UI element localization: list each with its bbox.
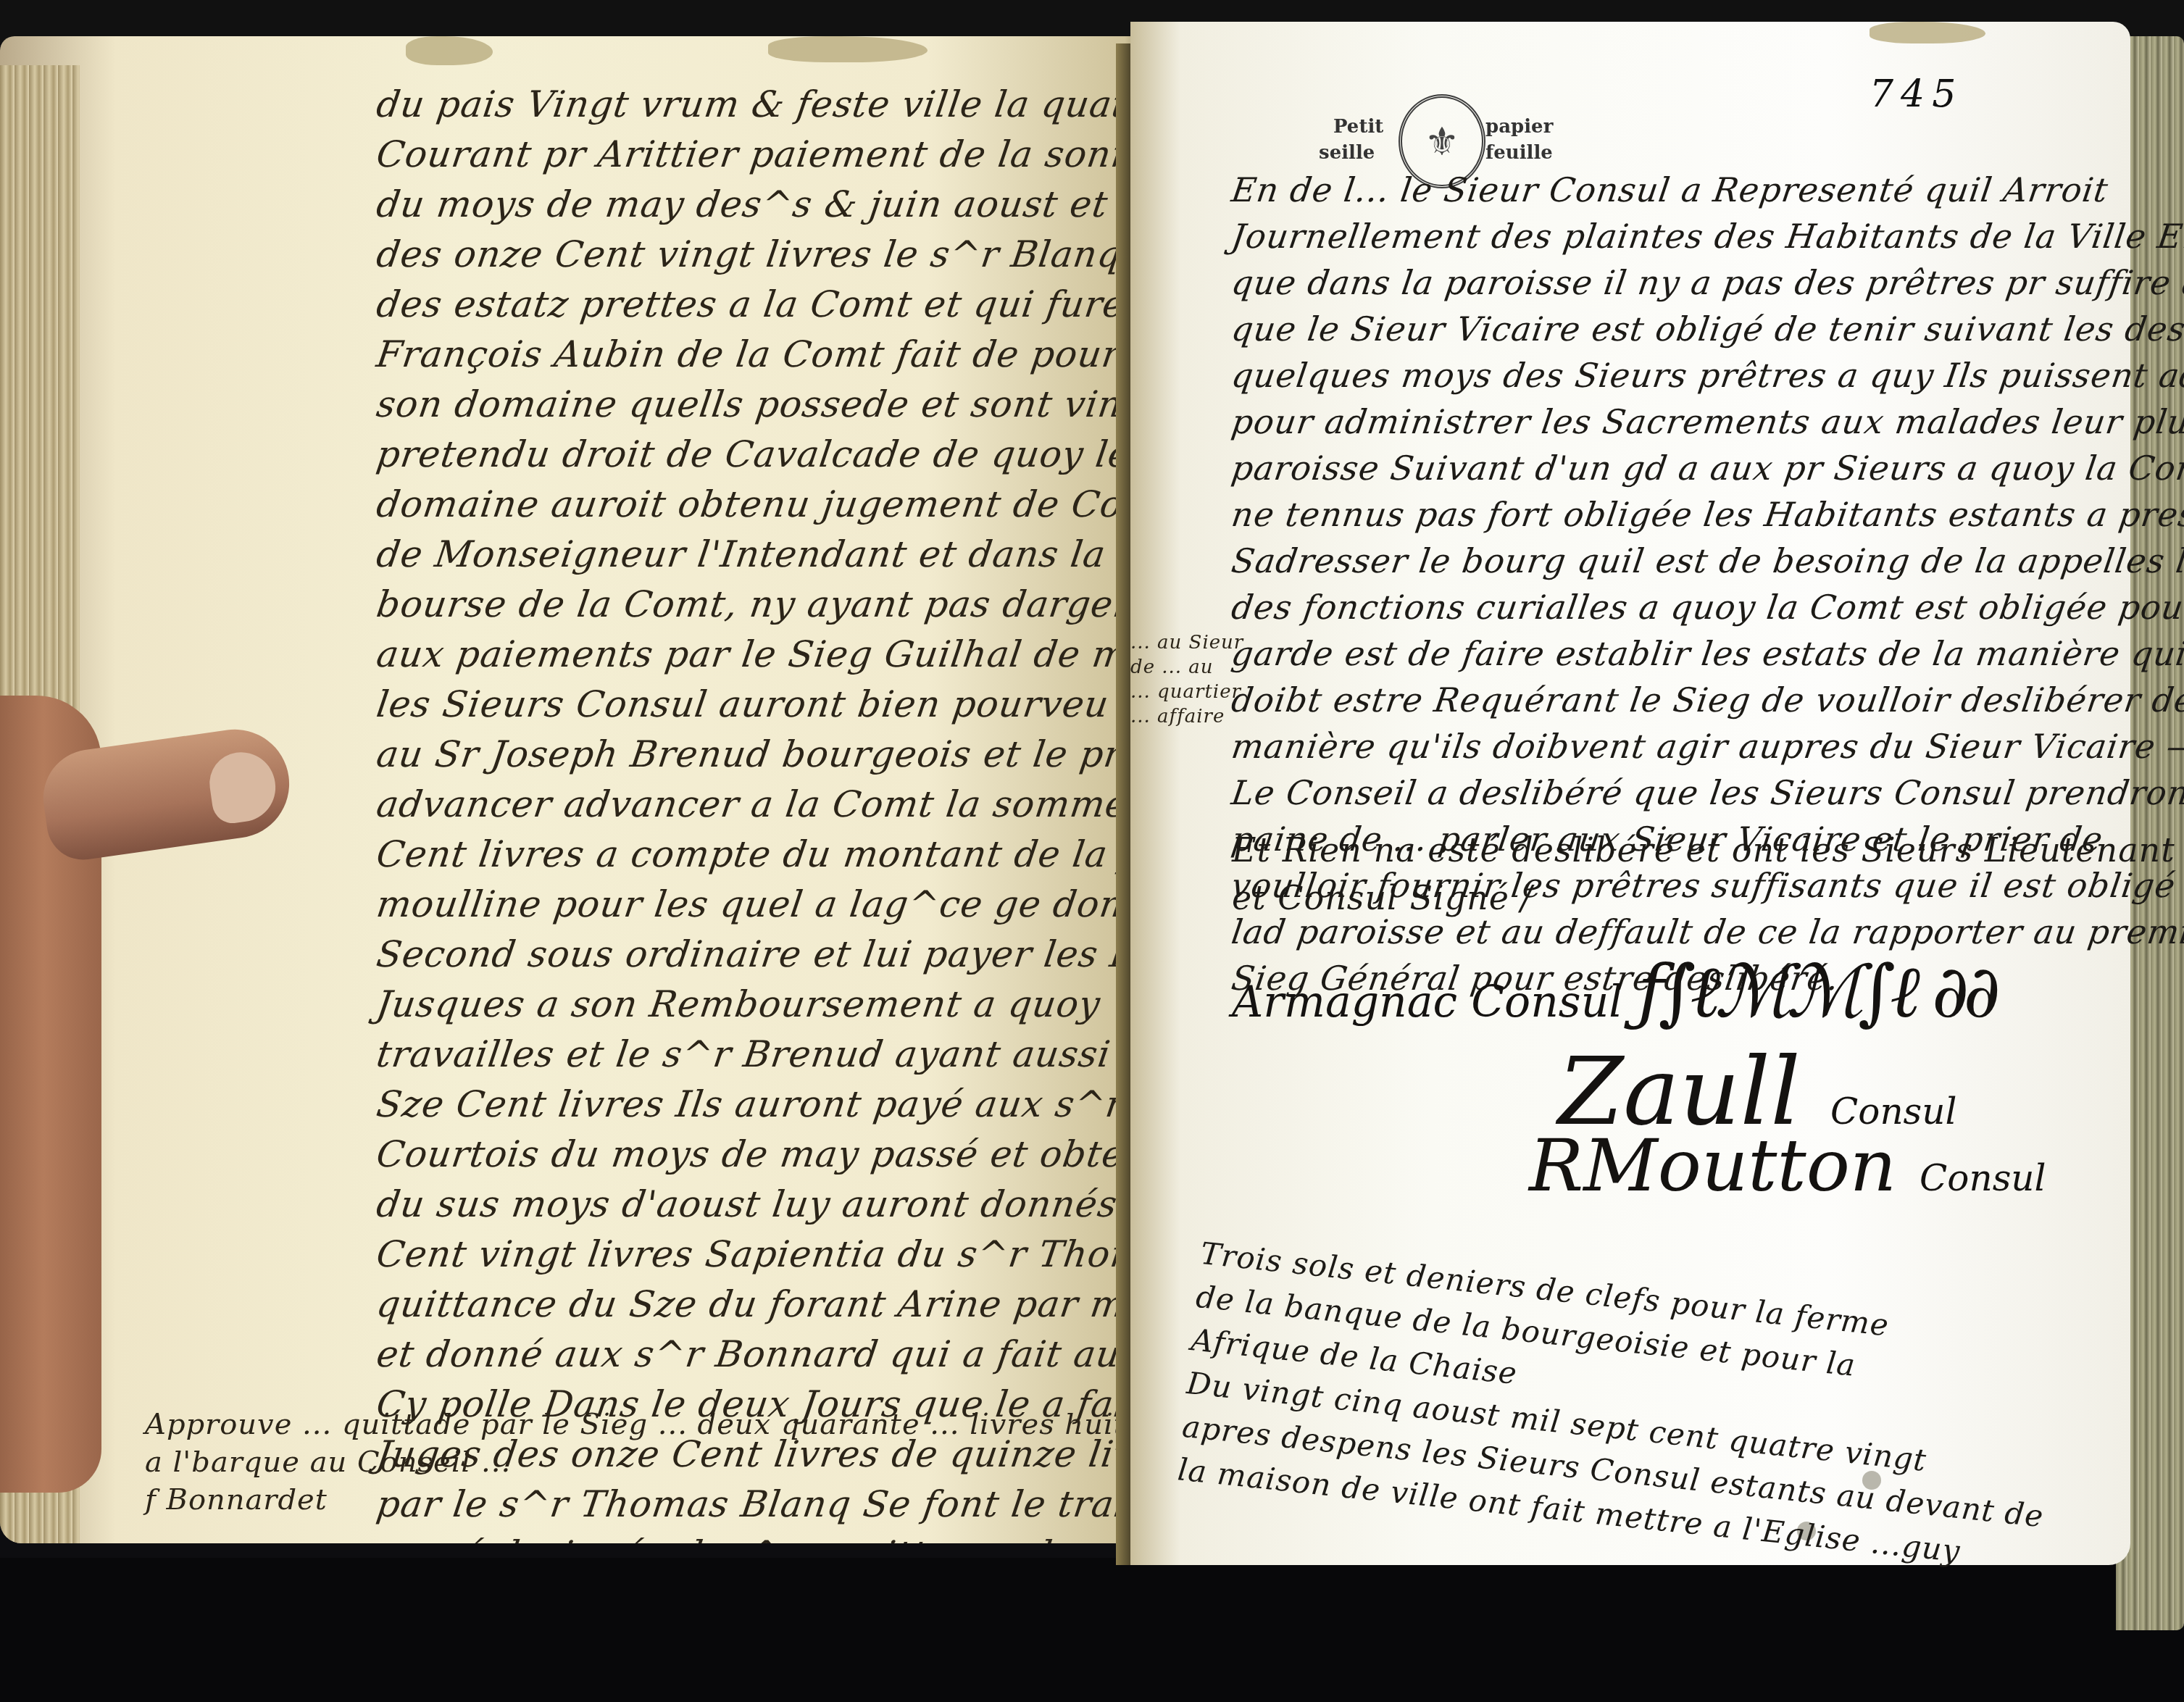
paper-damage [768, 36, 928, 62]
signatures-block: Armagnac Consulƒ∫ℓℳℳ∫ℓ ∂∂ Zaull Consul R… [1225, 935, 2094, 1239]
stamp-label: feuille [1485, 142, 1553, 164]
text-line: manière qu'ils doibvent agir aupres du S… [1229, 723, 2091, 769]
text-line: les Sieurs Consul auront bien pourveu pr… [373, 680, 1120, 730]
text-line: travailles et le s^r Brenud ayant aussi … [373, 1030, 1120, 1080]
text-line: que le Sieur Vicaire est obligé de tenir… [1229, 306, 2091, 352]
text-line: pour administrer les Sacrements aux mala… [1229, 399, 2091, 445]
text-line: son domaine quells possede et sont vingt… [373, 380, 1120, 430]
stamp-label: Petit [1333, 116, 1383, 138]
text-line: quittance du Sze du forant Arine par mat [373, 1280, 1120, 1330]
text-line: advancer advancer a la Comt la somme de [373, 780, 1120, 830]
open-book: du pais Vingt vrum & feste ville la quat… [0, 14, 2184, 1645]
closing-statement: Et Rien na esté deslibéré et ont les Sie… [1232, 826, 2087, 922]
text-line: Jusques a son Remboursement a quoy [373, 980, 1120, 1030]
text-line: Second sous ordinaire et lui payer les I… [373, 930, 1120, 980]
text-line: Sze Cent livres Ils auront payé aux s^r … [373, 1080, 1120, 1130]
text-line: des onze Cent vingt livres le s^r Blanq … [373, 230, 1120, 280]
page-number: 745 [1870, 72, 1963, 116]
text-line: garde est de faire establir les estats d… [1229, 630, 2091, 677]
text-line: paroisse Suivant d'un gd a aux pr Sieurs… [1229, 445, 2091, 491]
text-line: au Sr Joseph Brenud bourgeois et le prie… [373, 730, 1120, 780]
text-line: et donné aux s^r Bonnard qui a fait au b… [373, 1330, 1120, 1380]
stamp-label: seille [1319, 142, 1375, 164]
text-line: pretendu droit de Cavalcade de quoy le V… [373, 430, 1120, 480]
text-line: domaine auroit obtenu jugement de Condit… [373, 480, 1120, 530]
text-line: Sadresser le bourg quil est de besoing d… [1229, 538, 2091, 584]
text-line: que dans la paroisse il ny a pas des prê… [1229, 259, 2091, 306]
text-line: moulline pour les quel a lag^ce ge dont … [373, 880, 1120, 930]
text-line: des fonctions curialles a quoy la Comt e… [1229, 584, 2091, 630]
signature: Armagnac Consulƒ∫ℓℳℳ∫ℓ ∂∂ [1232, 949, 1995, 1034]
text-line: du pais Vingt vrum & feste ville la quat… [373, 80, 1120, 130]
text-line: François Aubin de la Comt fait de poursu… [373, 330, 1120, 380]
text-line: Cent vingt livres Sapientia du s^r Thoma… [373, 1230, 1120, 1280]
stamp-label: papier [1485, 116, 1553, 138]
text-line: Journellement des plaintes des Habitants… [1229, 213, 2091, 259]
holding-hand [0, 667, 304, 1500]
text-line: doibt estre Requérant le Sieg de voulloi… [1229, 677, 2091, 723]
text-line: Courtois du moys de may passé et obtenu … [373, 1130, 1120, 1180]
paper-damage [406, 36, 493, 65]
text-line: bourse de la Comt, ny ayant pas dargent … [373, 580, 1120, 630]
left-page-text: du pais Vingt vrum & feste ville la quat… [377, 80, 1116, 1543]
text-line: de Monseigneur l'Intendant et dans la [373, 530, 1120, 580]
text-line: Cent livres a compte du montant de la fe… [373, 830, 1120, 880]
text-line: aux paiements par le Sieg Guilhal de mai… [373, 630, 1120, 680]
text-line: ne tennus pas fort obligée les Habitants… [1229, 491, 2091, 538]
text-line: En de l... le Sieur Consul a Representé … [1229, 167, 2091, 213]
paper-damage [1870, 22, 1985, 43]
text-line: des estatz prettes a la Comt et qui fure… [373, 280, 1120, 330]
text-line: quelques moys des Sieurs prêtres a quy I… [1229, 352, 2091, 399]
text-line: du sus moys d'aoust luy auront donnés pa… [373, 1180, 1120, 1230]
text-line: Le Conseil a deslibéré que les Sieurs Co… [1229, 769, 2091, 816]
text-line: Courant pr Arittier paiement de la sonnt… [373, 130, 1120, 180]
text-line: passé desigué a lag^ce quittance donnant [373, 1530, 1120, 1543]
text-line: Et Rien na esté deslibéré et ont les Sie… [1232, 826, 2087, 874]
text-line: et Consul Signé / [1232, 874, 2087, 922]
signature: RMoutton Consul [1529, 1123, 2046, 1208]
text-line: du moys de may des^s & juin aoust et a s… [373, 180, 1120, 230]
